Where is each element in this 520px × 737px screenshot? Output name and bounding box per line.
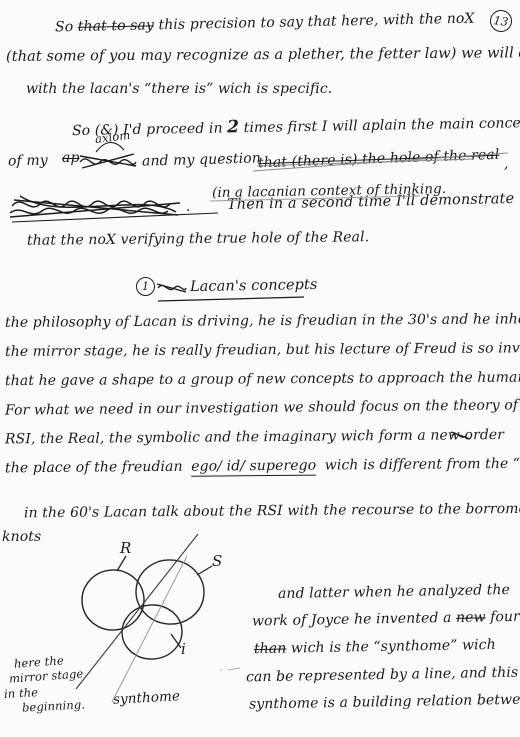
line-8-text: that the noX verifying the true hole of … [27,229,369,249]
line-5-start-text: of my [8,152,48,169]
paragraph-line-2: the mirror stage, he is really freudian,… [5,340,520,360]
paragraph-line-5-text: RSI, the Real, the symbolic and the imag… [5,427,504,447]
label-r-text: R [120,539,131,557]
underlined-terms: ego/ id/ superego [191,458,316,477]
section-title-text: Lacan's concepts [190,277,318,295]
annotation-pointer-line [76,534,198,689]
label-i-text: i [181,640,186,658]
line-5-start: of my [8,152,48,169]
line-4: So (&) I'd proceed in 2 times first I wi… [72,113,520,141]
circle-real [79,567,147,633]
right-column-text-1: and latter when he analyzed the [278,582,510,602]
right-column-text-3: wich is the “synthome” wich [291,637,496,657]
line-5-struck-phrase-text: that (there is) the hole of the real [258,147,500,171]
paragraph-line-2-text: the mirror stage, he is really freudian,… [5,340,520,360]
line-1-struck-text: that to say [78,17,154,35]
stray-dash-mark [220,668,240,671]
right-column-line-3: than wich is the “synthome” wich [254,637,496,657]
diagram-label-real: R [120,540,131,557]
line-4-rest: times first I will aplain the main conce… [244,115,520,136]
line-1: So that to say this precision to say tha… [55,11,475,36]
paragraph-line-4: For what we need in our investigation we… [5,397,518,418]
label-s-text: S [212,552,222,570]
line-5-struck-phrase: that (there is) the hole of the real [258,147,500,172]
line-5-mid-text: and my question [142,150,261,169]
borromean-circles-drawing [79,556,208,661]
paragraph-line-5: RSI, the Real, the symbolic and the imag… [5,427,520,448]
paragraph-line-6-end: wich is different from the “I”. [325,456,520,474]
line-2: (that some of you may recognize as a ple… [6,45,520,65]
right-column-line-5: synthome is a building relation between [249,691,520,712]
page-number-badge: 13 [489,9,514,34]
line-1-rest: this precision to say that here, with th… [158,11,474,34]
section-number: 1 [142,280,149,293]
right-column-line-4: can be represented by a line, and this [246,665,518,686]
section-title: Lacan's concepts [190,277,318,296]
line-3: with the lacan's “there is” wich is spec… [26,81,332,97]
line-8: that the noX verifying the true hole of … [27,229,369,249]
line-5-comma: , [504,156,509,172]
line-1-start: So [55,19,74,35]
paragraph-line-6-start: the place of the freudian [5,459,183,477]
line-7-period-text: . [186,199,191,215]
small-scribble-strikeout [80,154,136,168]
diagram-label-symbolic: S [212,553,222,570]
line-4-number: 2 [227,117,239,137]
line-2-text: (that some of you may recognize as a ple… [6,45,520,65]
paragraph-line-4-text: For what we need in our investigation we… [5,397,518,418]
i-label-tick [171,634,181,648]
paragraph-line-3-text: that he gave a shape to a group of new c… [5,369,520,389]
heading-underline [158,297,304,301]
paragraph-line-7: in the 60's Lacan talk about the RSI wit… [24,501,520,522]
right-column-struck-word: new [456,609,486,626]
line-5-comma-text: , [504,156,509,172]
paragraph-line-8-text: knots [2,529,41,545]
right-column-text-2b: fourth [490,609,520,626]
diagram-caption: synthome [113,689,181,708]
paragraph-line-6: the place of the freudian ego/ id/ super… [5,456,520,477]
page-number: 13 [493,13,509,29]
inserted-word-text: axiom [94,128,131,146]
margin-annotation-line-3: in the [4,686,39,701]
s-label-tick [197,566,212,575]
sinthome-line [112,556,187,702]
paragraph-line-3: that he gave a shape to a group of new c… [5,369,520,389]
right-column-text-5: synthome is a building relation between [249,691,520,712]
diagram-label-imaginary: i [181,641,186,658]
circle-symbolic [132,556,207,628]
circle-imaginary [120,603,184,661]
right-column-struck-word-2: than [254,641,287,658]
heading-scribble-strikeout [157,284,186,292]
margin-annotation-line-2: mirror stage [9,667,84,685]
line-5-false-start: ap [62,150,80,166]
right-column-text-4: can be represented by a line, and this [246,665,518,686]
paragraph-line-1-text: the philosophy of Lacan is driving, he i… [5,311,520,331]
heavy-scribble-strikeout [10,196,180,217]
line-7-period: . [186,199,191,215]
right-column-line-1: and latter when he analyzed the [278,582,510,602]
margin-annotation-line-4: beginning. [22,698,86,715]
handwritten-page: 13 So that to say this precision to say … [0,0,520,737]
paragraph-line-1: the philosophy of Lacan is driving, he i… [5,311,520,331]
line-5-false-start-text: ap [62,150,80,166]
diagram-caption-text: synthome [113,688,181,707]
margin-annotation-text-4: beginning. [22,697,86,714]
right-column-text-2a: work of Joyce he invented a [252,610,452,629]
right-column-line-2: work of Joyce he invented a new fourth [252,609,520,630]
inserted-word: axiom [94,129,131,146]
margin-annotation-text-3: in the [4,685,39,701]
section-number-circle: 1 [136,277,155,296]
line-5-mid: and my question [142,150,261,169]
line-3-text: with the lacan's “there is” wich is spec… [26,81,332,97]
r-label-tick [117,556,126,571]
paragraph-line-7-text: in the 60's Lacan talk about the RSI wit… [24,501,520,522]
paragraph-line-8: knots [2,529,41,545]
